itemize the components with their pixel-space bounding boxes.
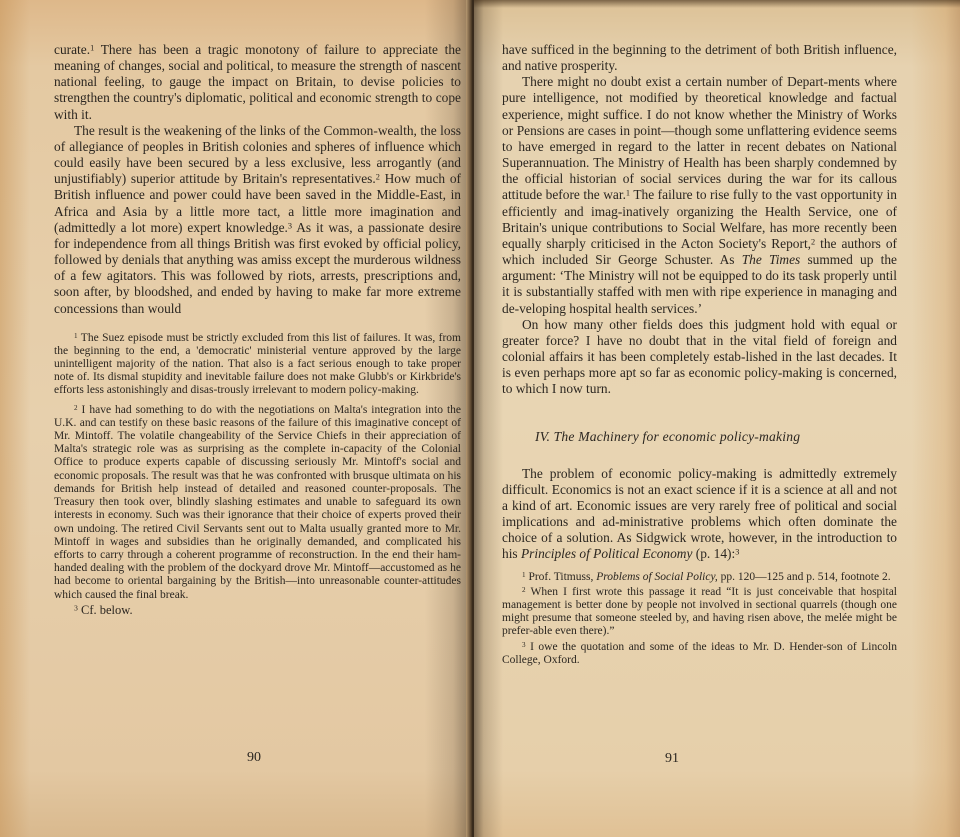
- footnote-ref[interactable]: 3: [735, 548, 739, 557]
- footnote-text: Cf. below.: [78, 603, 133, 617]
- footnote-text: When I first wrote this passage it read …: [502, 586, 897, 638]
- footnote: 1 Prof. Titmuss, Problems of Social Poli…: [502, 571, 897, 584]
- footnote-text: I have had something to do with the nego…: [54, 404, 461, 601]
- page-number: 90: [224, 750, 284, 766]
- left-page: curate.1 There has been a tragic monoton…: [0, 0, 472, 837]
- footnote: 2 I have had something to do with the ne…: [54, 404, 461, 602]
- text-run: (p. 14):: [692, 546, 735, 561]
- body-paragraph: On how many other fields does this judgm…: [502, 317, 897, 398]
- page-number: 91: [642, 751, 702, 767]
- footnote: 1 The Suez episode must be strictly excl…: [54, 332, 461, 398]
- body-paragraph: There might no doubt exist a certain num…: [502, 74, 897, 316]
- footnotes-left: 1 The Suez episode must be strictly excl…: [54, 332, 461, 617]
- left-page-text: curate.1 There has been a tragic monoton…: [54, 42, 461, 623]
- body-paragraph: The problem of economic policy-making is…: [502, 466, 897, 563]
- book-spread: curate.1 There has been a tragic monoton…: [0, 0, 960, 837]
- right-page: have sufficed in the beginning to the de…: [474, 0, 960, 837]
- italic-title: Problems of Social Policy,: [596, 571, 718, 583]
- text-run: curate.: [54, 42, 90, 57]
- footnote-text: pp. 120—125 and p. 514, footnote 2.: [718, 571, 891, 583]
- right-page-text: have sufficed in the beginning to the de…: [502, 42, 897, 673]
- body-paragraph: curate.1 There has been a tragic monoton…: [54, 42, 461, 123]
- footnote-text: I owe the quotation and some of the idea…: [502, 641, 897, 666]
- footnote: 3 I owe the quotation and some of the id…: [502, 641, 897, 667]
- text-run: There has been a tragic monotony of fail…: [54, 42, 461, 122]
- body-paragraph: have sufficed in the beginning to the de…: [502, 42, 897, 74]
- body-paragraph: The result is the weakening of the links…: [54, 123, 461, 317]
- footnote-text: The Suez episode must be strictly exclud…: [54, 332, 461, 397]
- text-run: There might no doubt exist a certain num…: [502, 74, 897, 202]
- italic-title: The Times: [742, 252, 801, 267]
- footnotes-right: 1 Prof. Titmuss, Problems of Social Poli…: [502, 571, 897, 667]
- footnote: 3 Cf. below.: [54, 604, 461, 617]
- footnote: 2 When I first wrote this passage it rea…: [502, 586, 897, 639]
- italic-title: Principles of Political Economy: [521, 546, 692, 561]
- section-heading: IV. The Machinery for economic policy-ma…: [502, 429, 897, 445]
- footnote-text: Prof. Titmuss,: [526, 571, 597, 583]
